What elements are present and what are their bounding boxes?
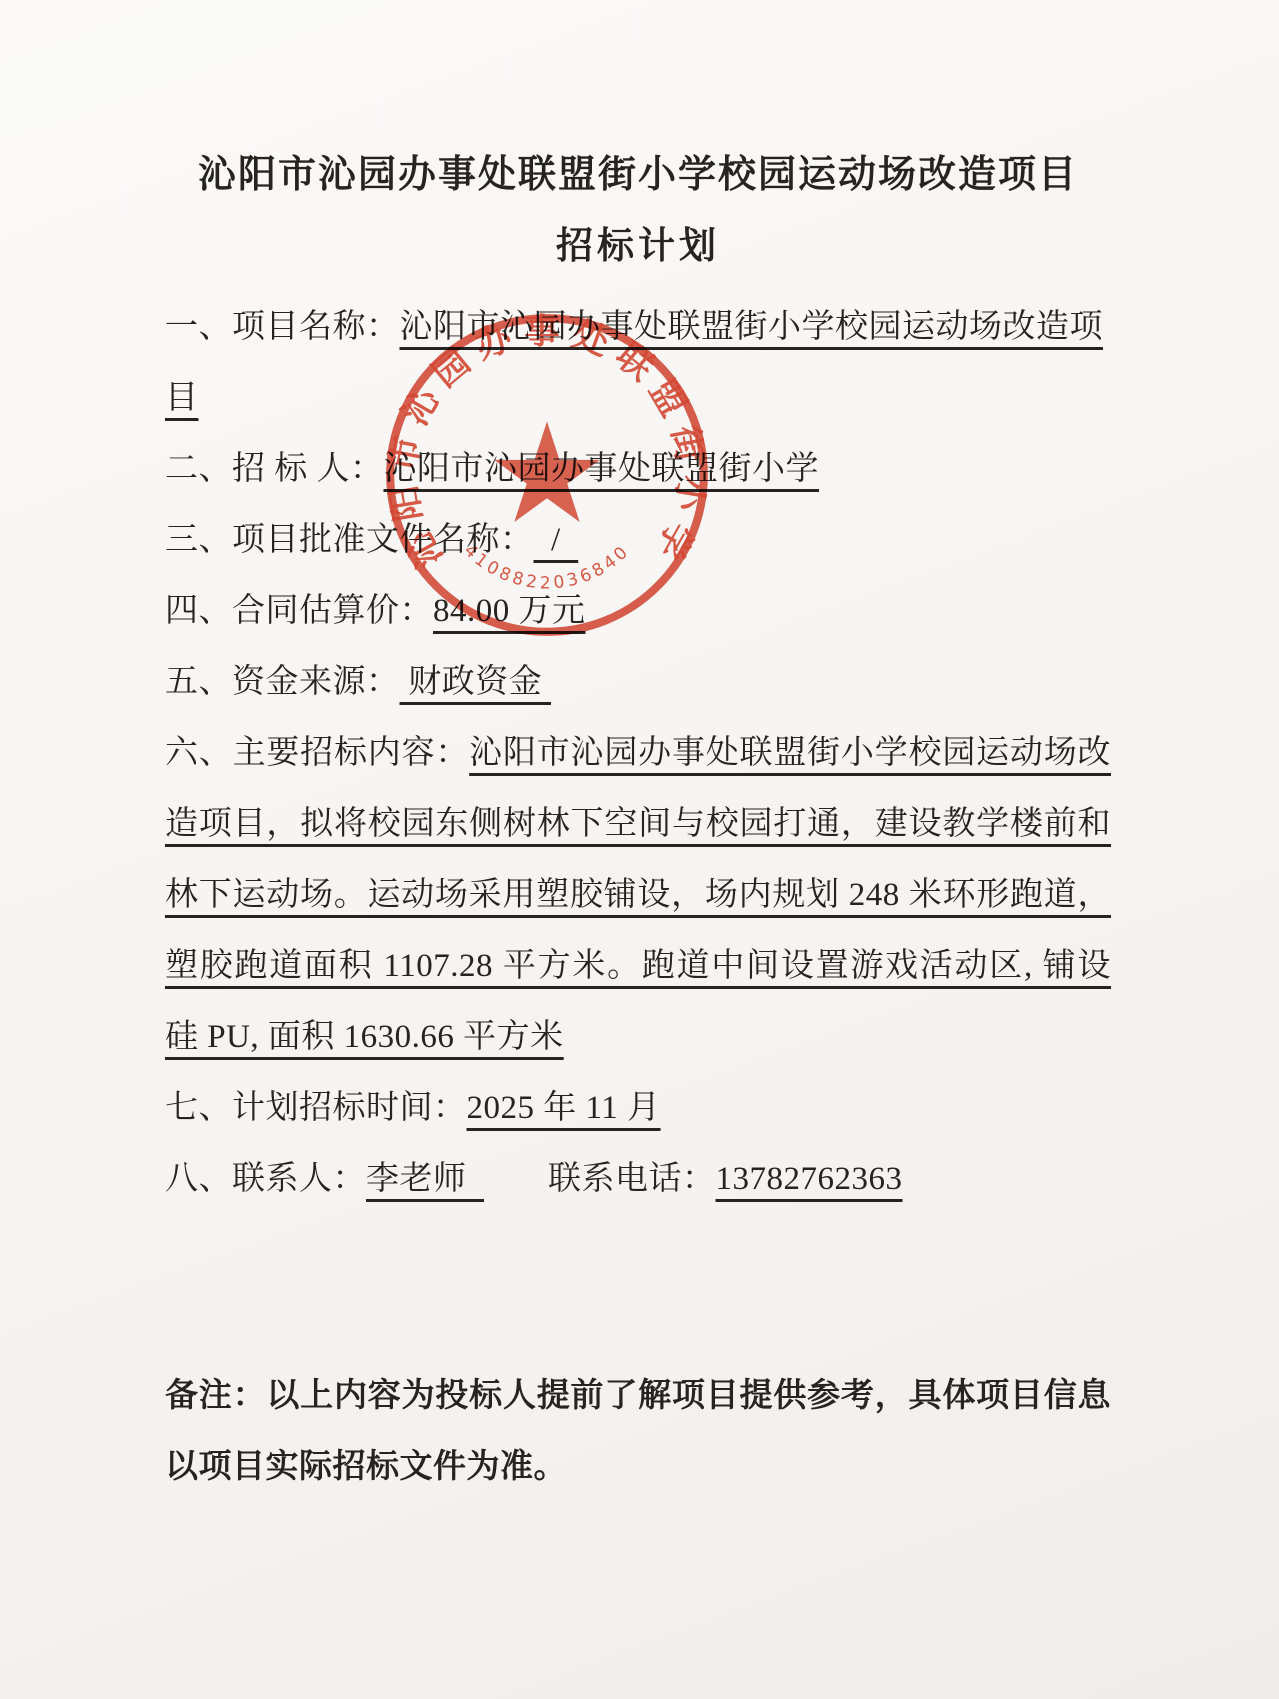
field-funding-source-label: 五、资金来源： <box>165 664 400 700</box>
field-project-name-label: 一、项目名称： <box>165 309 400 345</box>
note-label: 备注： <box>165 1378 266 1414</box>
field-phone-label: 联系电话： <box>548 1161 716 1197</box>
field-tenderer: 二、招 标 人：沁阳市沁园办事处联盟街小学 <box>165 434 1111 505</box>
field-contact-label: 八、联系人： <box>165 1161 366 1197</box>
field-main-content-label: 六、主要招标内容： <box>165 735 469 771</box>
field-approval-doc-label: 三、项目批准文件名称： <box>165 522 534 558</box>
field-plan-time-label: 七、计划招标时间： <box>165 1090 467 1126</box>
field-tenderer-value: 沁阳市沁园办事处联盟街小学 <box>384 451 820 487</box>
field-plan-time-value: 2025 年 11 月 <box>467 1090 661 1126</box>
field-phone-value: 13782762363 <box>716 1161 903 1197</box>
field-approval-doc: 三、项目批准文件名称： / <box>165 505 1111 576</box>
document-page: 沁阳市沁园办事处联盟街小学校园运动场改造项目 招标计划 一、项目名称：沁阳市沁园… <box>0 0 1279 1699</box>
field-contract-estimate-label: 四、合同估算价： <box>165 593 433 629</box>
field-contract-estimate: 四、合同估算价：84.00 万元 <box>165 576 1111 647</box>
field-plan-time: 七、计划招标时间：2025 年 11 月 <box>165 1073 1111 1144</box>
field-contact-value: 李老师 <box>366 1161 484 1197</box>
field-approval-doc-value: / <box>534 522 579 558</box>
field-funding-source: 五、资金来源： 财政资金 <box>165 647 1111 718</box>
field-funding-source-value: 财政资金 <box>400 664 552 700</box>
field-project-name: 一、项目名称：沁阳市沁园办事处联盟街小学校园运动场改造项目 <box>165 292 1111 434</box>
note-paragraph: 备注：以上内容为投标人提前了解项目提供参考，具体项目信息以项目实际招标文件为准。 <box>165 1361 1111 1503</box>
field-main-content-value: 沁阳市沁园办事处联盟街小学校园运动场改造项目，拟将校园东侧树林下空间与校园打通，… <box>165 735 1111 1055</box>
field-tenderer-label: 二、招 标 人： <box>165 451 384 487</box>
document-title: 沁阳市沁园办事处联盟街小学校园运动场改造项目 <box>165 146 1111 204</box>
field-main-content: 六、主要招标内容：沁阳市沁园办事处联盟街小学校园运动场改造项目，拟将校园东侧树林… <box>165 718 1111 1073</box>
field-contract-estimate-value: 84.00 万元 <box>433 593 586 629</box>
document-content: 沁阳市沁园办事处联盟街小学校园运动场改造项目 招标计划 一、项目名称：沁阳市沁园… <box>0 0 1279 1503</box>
document-subtitle: 招标计划 <box>165 218 1111 276</box>
note-text: 以上内容为投标人提前了解项目提供参考，具体项目信息以项目实际招标文件为准。 <box>165 1378 1111 1485</box>
field-contact: 八、联系人：李老师 联系电话：13782762363 <box>165 1144 1111 1215</box>
